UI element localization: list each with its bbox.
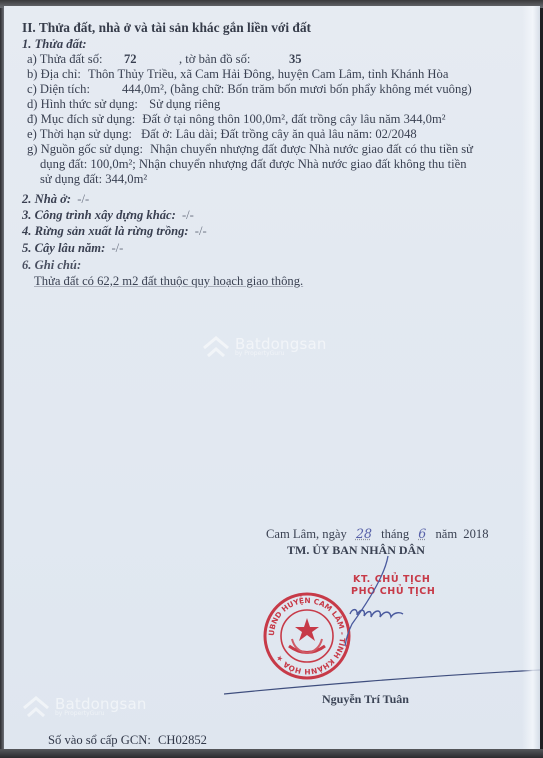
parcel-number-value: 72	[124, 52, 137, 67]
house-heading: 2. Nhà ở:	[22, 192, 71, 206]
area-value: 444,0m², (bằng chữ: Bốn trăm bốn mươi bố…	[122, 82, 472, 97]
section-title: II. Thửa đất, nhà ở và tài sản khác gắn …	[22, 20, 311, 35]
address-label: b) Địa chỉ:	[27, 67, 81, 81]
usage-purpose-value: Đất ở tại nông thôn 100,0m², đất trồng c…	[142, 112, 445, 126]
watermark-center: Batdongsan by PropertyGuru	[202, 336, 327, 358]
house-value: -/-	[77, 192, 89, 206]
land-parcel-heading: 1. Thửa đất:	[22, 37, 87, 52]
planted-forest-value: -/-	[195, 224, 207, 238]
month-label: tháng	[381, 527, 409, 541]
other-construction-row: 3. Công trình xây dựng khác: -/-	[22, 208, 194, 223]
usage-origin-line-3: sử dụng đất: 344,0m²	[40, 172, 147, 187]
usage-term-label: e) Thời hạn sử dụng:	[27, 127, 132, 141]
watermark-tagline: by PropertyGuru	[235, 351, 327, 357]
day-value: 28	[356, 526, 372, 541]
usage-form-row: d) Hình thức sử dụng: Sử dụng riêng	[27, 97, 220, 112]
usage-term-row: e) Thời hạn sử dụng: Đất ở: Lâu dài; Đất…	[27, 127, 417, 142]
perennial-trees-value: -/-	[111, 241, 123, 255]
photo-edge-bottom	[0, 749, 543, 758]
certificate-registry-row: Số vào sổ cấp GCN: CH02852	[48, 733, 207, 748]
parcel-number-row: a) Thửa đất số: 72 , tờ bản đồ số: 35	[27, 52, 103, 67]
usage-origin-row: g) Nguồn gốc sử dụng: Nhận chuyển nhượng…	[27, 142, 473, 157]
place-date-prefix: Cam Lâm, ngày	[266, 527, 347, 541]
batdongsan-logo-icon	[22, 696, 50, 718]
usage-purpose-row: đ) Mục đích sử dụng: Đất ở tại nông thôn…	[27, 112, 446, 127]
usage-form-value: Sử dụng riêng	[149, 97, 220, 111]
usage-origin-line-1: Nhận chuyển nhượng đất được Nhà nước gia…	[150, 142, 473, 156]
certificate-page: II. Thửa đất, nhà ở và tài sản khác gắn …	[4, 6, 540, 750]
watermark-bottom-left: Batdongsan by PropertyGuru	[22, 696, 147, 718]
batdongsan-logo-icon	[202, 336, 230, 358]
usage-origin-label: g) Nguồn gốc sử dụng:	[27, 142, 143, 156]
signature-icon	[330, 554, 430, 654]
place-date: Cam Lâm, ngày 28 tháng 6 năm 2018	[266, 526, 488, 542]
year-value: 2018	[463, 527, 488, 541]
notes-heading: 6. Ghi chú:	[22, 258, 81, 273]
perennial-trees-heading: 5. Cây lâu năm:	[22, 241, 105, 255]
registry-label: Số vào sổ cấp GCN:	[48, 733, 151, 747]
month-value: 6	[418, 526, 426, 541]
map-sheet-label: , tờ bản đồ số:	[179, 52, 250, 67]
year-label: năm	[435, 527, 457, 541]
area-label: c) Diện tích:	[27, 82, 90, 96]
watermark-tagline: by PropertyGuru	[55, 711, 147, 717]
planted-forest-row: 4. Rừng sản xuất là rừng trồng: -/-	[22, 224, 207, 239]
address-value: Thôn Thủy Triều, xã Cam Hải Đông, huyện …	[88, 67, 448, 81]
notes-text: Thửa đất có 62,2 m2 đất thuộc quy hoạch …	[34, 274, 303, 289]
perennial-trees-row: 5. Cây lâu năm: -/-	[22, 241, 123, 256]
watermark-brand: Batdongsan	[235, 337, 327, 351]
usage-form-label: d) Hình thức sử dụng:	[27, 97, 138, 111]
planted-forest-heading: 4. Rừng sản xuất là rừng trồng:	[22, 224, 189, 238]
registry-number: CH02852	[158, 733, 207, 747]
usage-term-value: Đất ở: Lâu dài; Đất trồng cây ăn quả lâu…	[141, 127, 417, 141]
signer-name: Nguyễn Trí Tuân	[322, 692, 409, 707]
map-sheet-value: 35	[289, 52, 302, 67]
parcel-number-label: a) Thửa đất số:	[27, 52, 103, 66]
other-construction-heading: 3. Công trình xây dựng khác:	[22, 208, 176, 222]
address-row: b) Địa chỉ: Thôn Thủy Triều, xã Cam Hải …	[27, 67, 448, 82]
house-row: 2. Nhà ở: -/-	[22, 192, 89, 207]
watermark-brand: Batdongsan	[55, 697, 147, 711]
usage-purpose-label: đ) Mục đích sử dụng:	[27, 112, 135, 126]
usage-origin-line-2: dụng đất: 100,0m²; Nhận chuyển nhượng đấ…	[40, 157, 467, 172]
other-construction-value: -/-	[182, 208, 194, 222]
area-row: c) Diện tích: 444,0m², (bằng chữ: Bốn tr…	[27, 82, 90, 97]
